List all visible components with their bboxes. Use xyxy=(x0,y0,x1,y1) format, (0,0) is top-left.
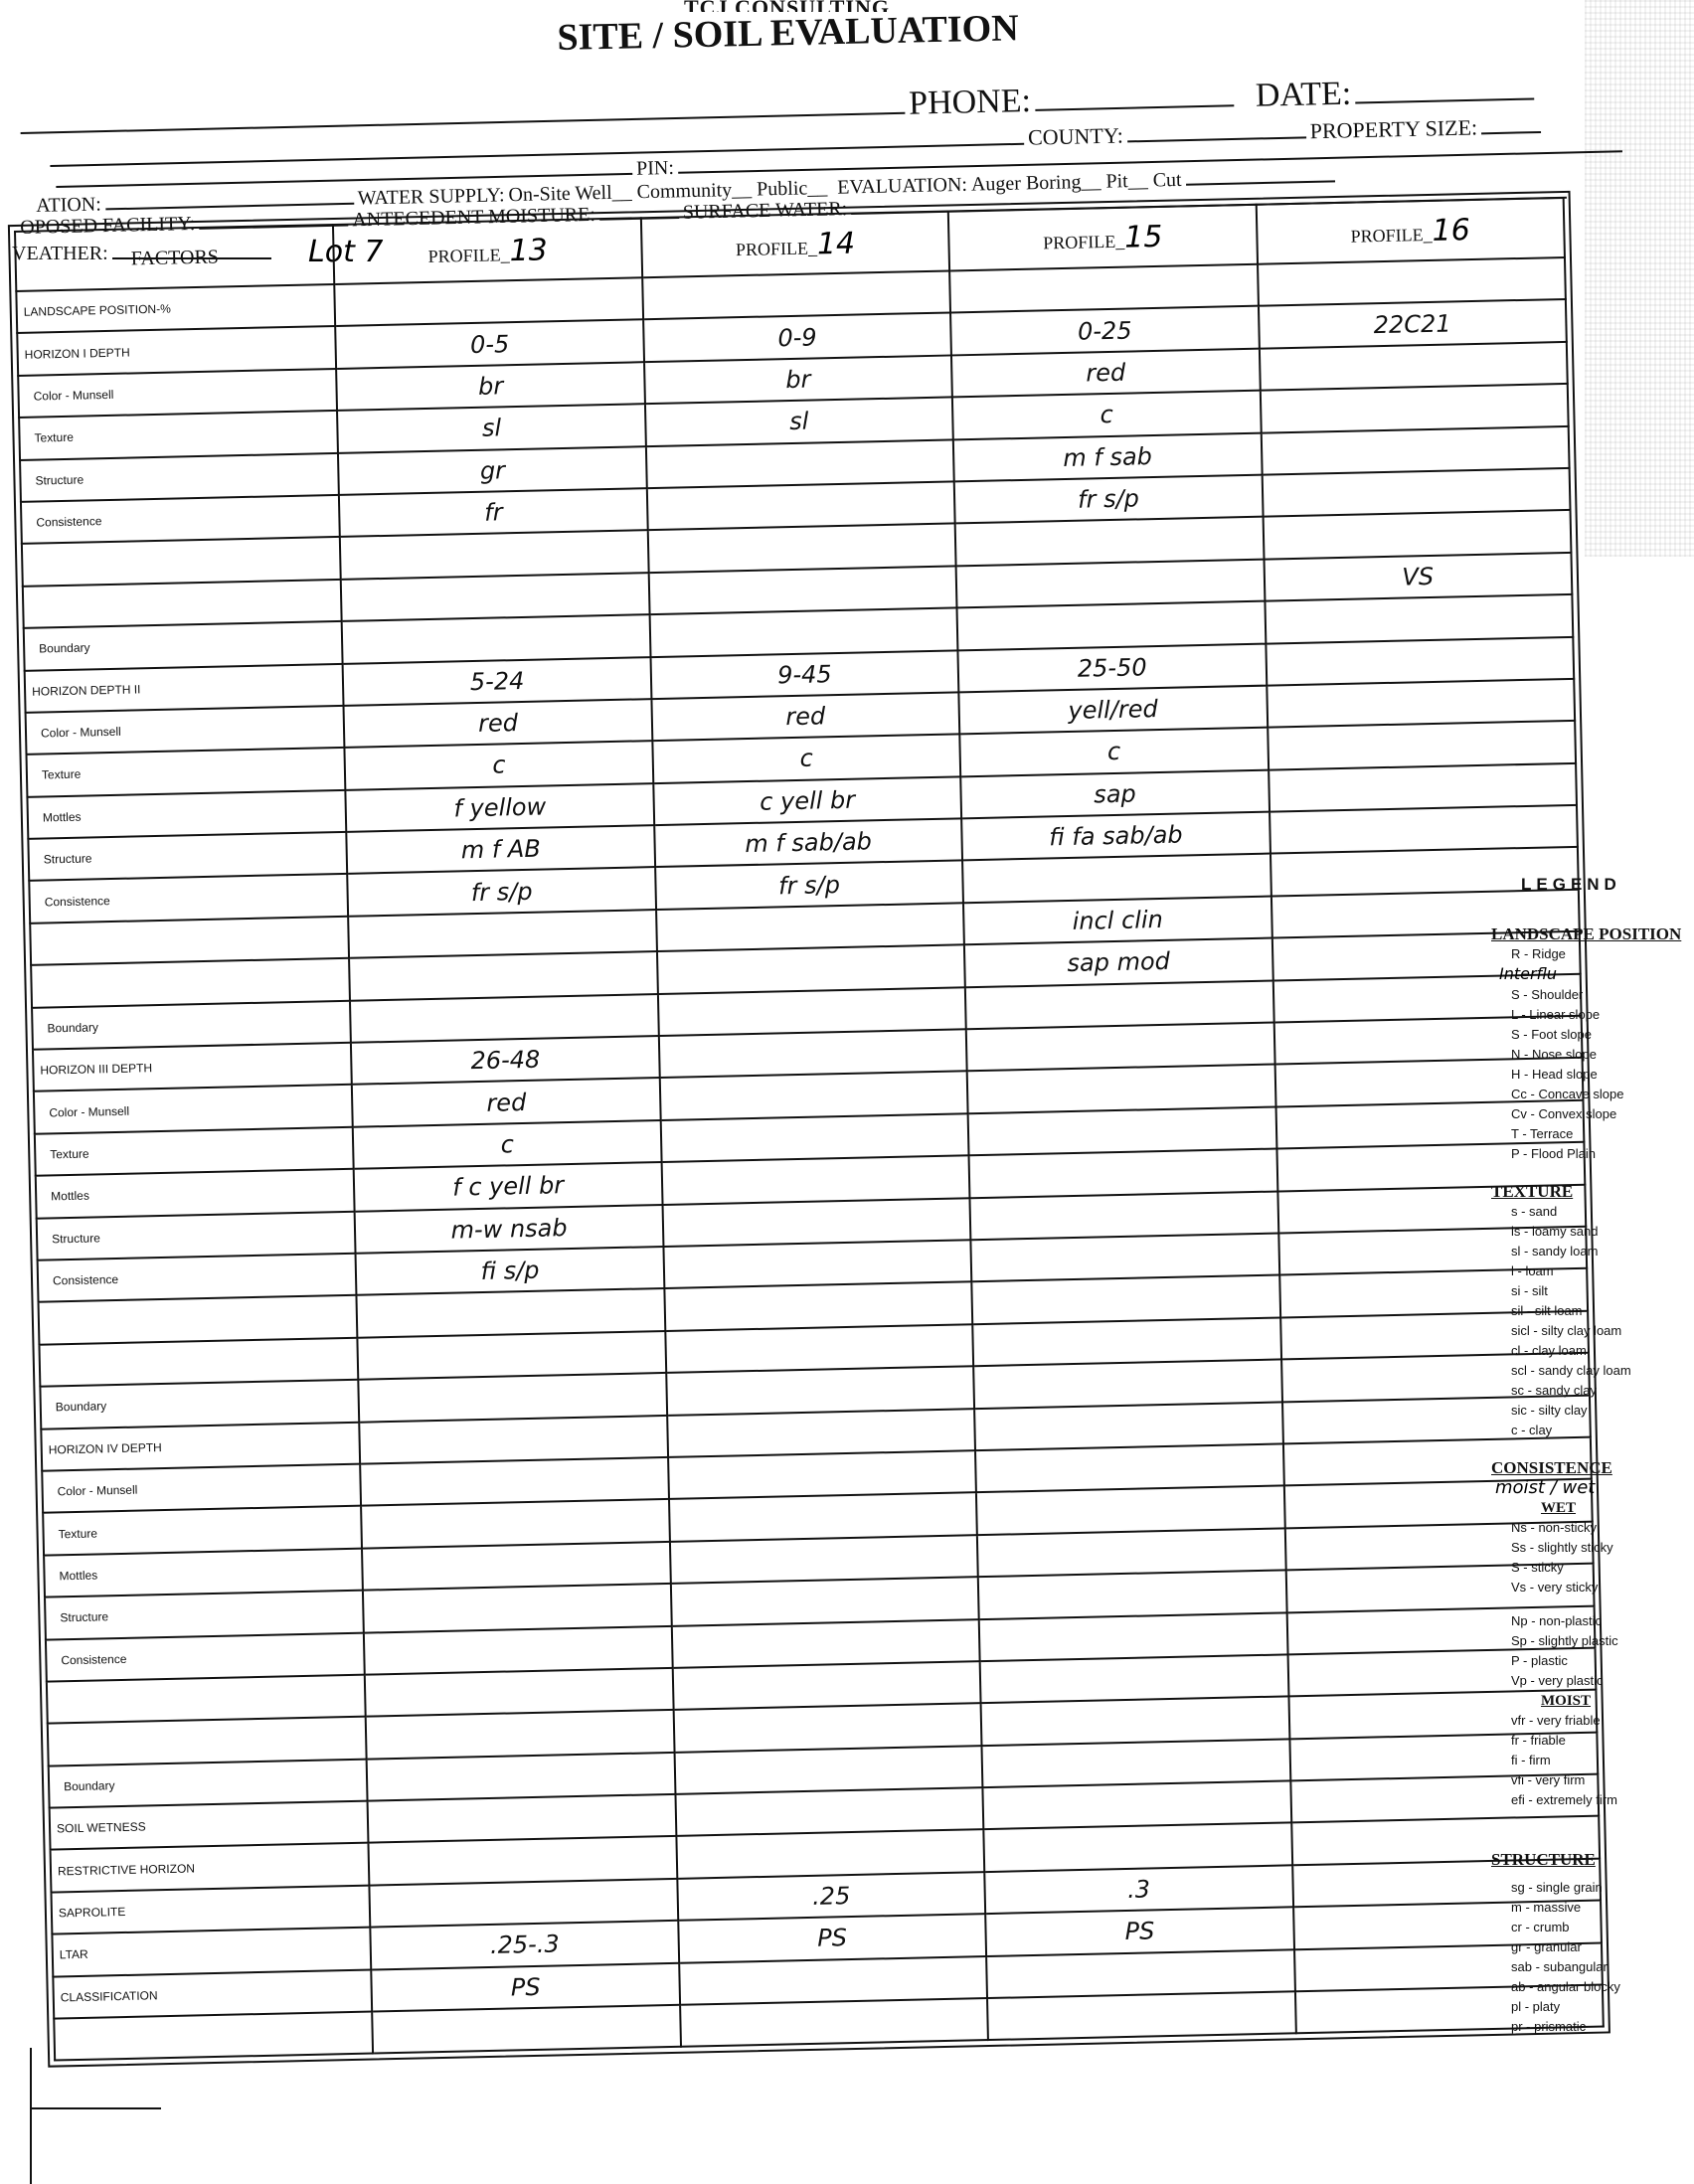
profile-cell[interactable] xyxy=(669,1493,977,1542)
factor-label: Structure xyxy=(20,452,339,501)
factor-label: LANDSCAPE POSITION-% xyxy=(16,284,335,333)
profile-cell[interactable]: c xyxy=(959,728,1268,776)
factor-label: Mottles xyxy=(27,790,346,839)
profile-cell[interactable] xyxy=(979,1612,1287,1661)
legend-item: efi - extremely firm xyxy=(1511,1790,1681,1810)
profile-cell[interactable] xyxy=(1260,384,1568,432)
profile-cell[interactable]: c xyxy=(345,741,653,789)
profile-cell[interactable] xyxy=(1258,257,1566,306)
legend-handwritten-note: Interflu xyxy=(1499,964,1557,983)
legend-moist-heading: MOIST xyxy=(1541,1691,1681,1711)
legend-item: cr - crumb xyxy=(1511,1918,1681,1937)
profile-cell[interactable] xyxy=(361,1457,669,1506)
profile-cell[interactable] xyxy=(656,903,964,951)
legend-item: ab - angular blocky xyxy=(1511,1977,1681,1997)
legend-consistence-heading: CONSISTENCE xyxy=(1491,1458,1681,1478)
profile-cell[interactable] xyxy=(949,264,1258,313)
profile-cell[interactable] xyxy=(662,1198,970,1247)
profile-cell[interactable] xyxy=(373,2005,681,2054)
date-label: DATE: xyxy=(1255,76,1351,114)
profile-cell[interactable] xyxy=(369,1836,677,1885)
profile-cell[interactable] xyxy=(1266,636,1574,685)
profile-cell[interactable]: red xyxy=(344,699,652,748)
legend-item: fr - friable xyxy=(1511,1731,1681,1751)
profile-cell[interactable] xyxy=(962,854,1270,903)
profile-cell[interactable] xyxy=(660,1113,968,1162)
profile-cell[interactable] xyxy=(647,524,955,573)
profile-cell[interactable] xyxy=(360,1415,668,1463)
legend-item: sl - sandy loam xyxy=(1511,1242,1681,1261)
profile-cell[interactable] xyxy=(675,1787,983,1836)
factor-label: Color - Munsell xyxy=(34,1085,353,1133)
legend-item: S - Foot slope xyxy=(1511,1025,1681,1045)
profile-cell[interactable] xyxy=(366,1710,674,1759)
factor-label: Consistence xyxy=(38,1254,357,1302)
factor-label: HORIZON IV DEPTH xyxy=(41,1422,360,1470)
profile-cell[interactable]: 22C21 xyxy=(1259,299,1567,348)
date-field[interactable] xyxy=(1355,96,1534,103)
legend-item: ls - loamy sand xyxy=(1511,1222,1681,1242)
profile-cell[interactable]: red xyxy=(651,692,959,741)
profile-cell[interactable] xyxy=(350,994,658,1043)
legend-item: sil - silt loam xyxy=(1511,1301,1681,1321)
profile-cell[interactable] xyxy=(672,1619,980,1668)
legend-consistence-handwritten: moist / wet xyxy=(1495,1478,1681,1498)
legend-item: sg - single grain xyxy=(1511,1878,1681,1898)
county-label: COUNTY: xyxy=(1028,123,1123,150)
factor-label: Texture xyxy=(43,1506,362,1555)
profile-cell[interactable] xyxy=(1261,425,1569,474)
profile-cell[interactable] xyxy=(664,1282,972,1331)
profile-cell[interactable] xyxy=(667,1409,975,1457)
factor-label: Structure xyxy=(45,1591,364,1639)
legend-item: P - plastic xyxy=(1511,1651,1681,1671)
profile-cell[interactable] xyxy=(663,1240,971,1288)
profile-cell[interactable] xyxy=(361,1499,669,1548)
profile-cell[interactable]: m f sab xyxy=(953,432,1262,481)
legend-item: Np - non-plastic xyxy=(1511,1611,1681,1631)
profile-cell[interactable]: red xyxy=(352,1078,660,1126)
legend-title: LEGEND xyxy=(1521,875,1681,895)
profile-cell[interactable] xyxy=(671,1577,979,1625)
legend-item: sic - silty clay xyxy=(1511,1401,1681,1421)
factor-label xyxy=(47,1675,366,1724)
profile-cell[interactable] xyxy=(987,1991,1295,2040)
factor-label: Color - Munsell xyxy=(26,706,345,755)
legend-landscape-heading: LANDSCAPE POSITION xyxy=(1491,924,1681,944)
profile-cell[interactable]: red xyxy=(951,348,1260,397)
profile-cell[interactable] xyxy=(971,1275,1279,1324)
legend-item: Vs - very sticky xyxy=(1511,1578,1681,1597)
factor-label: Consistence xyxy=(46,1632,365,1681)
profile-cell[interactable] xyxy=(349,951,657,1000)
factor-label: RESTRICTIVE HORIZON xyxy=(51,1843,370,1892)
legend-item: Cc - Concave slope xyxy=(1511,1085,1681,1104)
profile-cell[interactable]: PS xyxy=(678,1914,986,1962)
profile-cell[interactable] xyxy=(983,1780,1291,1829)
profile-cell[interactable]: 26-48 xyxy=(351,1036,659,1085)
factor-label xyxy=(48,1717,367,1765)
profile-header: PROFILE_16 xyxy=(1256,198,1565,264)
profile-cell[interactable] xyxy=(642,270,950,319)
profile-cell[interactable]: 0-5 xyxy=(336,320,644,369)
factor-label xyxy=(31,958,350,1007)
profile-cell[interactable]: yell/red xyxy=(959,686,1268,735)
profile-cell[interactable] xyxy=(673,1703,981,1752)
profile-cell[interactable]: sap xyxy=(960,769,1269,818)
profile-cell[interactable] xyxy=(674,1746,982,1794)
profile-cell[interactable] xyxy=(362,1542,670,1591)
factor-label: Boundary xyxy=(40,1380,359,1428)
evaluation-field[interactable] xyxy=(1186,179,1335,185)
county-field[interactable] xyxy=(1127,135,1306,142)
profile-cell[interactable] xyxy=(1269,763,1577,812)
legend-plastic-list: Np - non-plasticSp - slightly plasticP -… xyxy=(1491,1611,1681,1691)
legend-item: Vp - very plastic xyxy=(1511,1671,1681,1691)
factor-label: Structure xyxy=(28,832,347,881)
profile-cell[interactable]: sl xyxy=(337,404,645,452)
profile-cell[interactable]: fi fa sab/ab xyxy=(961,812,1270,861)
profile-cell[interactable] xyxy=(660,1072,968,1120)
profile-cell[interactable]: incl clin xyxy=(963,896,1271,944)
profile-cell[interactable] xyxy=(977,1528,1285,1577)
profile-cell[interactable] xyxy=(367,1753,675,1801)
profile-cell[interactable] xyxy=(679,1956,987,2005)
profile-cell[interactable]: c xyxy=(353,1120,661,1169)
factor-label: Texture xyxy=(35,1127,354,1176)
profile-cell[interactable] xyxy=(364,1625,672,1674)
profile-cell[interactable] xyxy=(966,1023,1274,1072)
legend-item: S - Shoulder xyxy=(1511,985,1681,1005)
property-size-field[interactable] xyxy=(1481,130,1541,134)
profile-cell[interactable]: sl xyxy=(645,398,953,446)
legend-item: gr - granular xyxy=(1511,1937,1681,1957)
profile-cell[interactable] xyxy=(676,1830,984,1879)
profile-cell[interactable] xyxy=(659,1029,967,1078)
legend-item: sc - sandy clay xyxy=(1511,1381,1681,1401)
profile-cell[interactable] xyxy=(970,1191,1278,1240)
profile-header: PROFILE_13 xyxy=(333,218,642,284)
factor-label xyxy=(39,1337,358,1386)
profile-cell[interactable] xyxy=(1267,679,1575,728)
pin-label: PIN: xyxy=(636,157,674,180)
profile-cell[interactable]: br xyxy=(336,362,644,411)
factor-label: HORIZON III DEPTH xyxy=(33,1043,352,1092)
profile-cell[interactable] xyxy=(359,1373,667,1422)
profile-cell[interactable] xyxy=(967,1065,1275,1113)
profile-cell[interactable]: f c yell br xyxy=(354,1162,662,1211)
legend-wet-heading: WET xyxy=(1541,1498,1681,1518)
profile-cell[interactable]: fr xyxy=(339,488,647,537)
legend-structure-heading: STRUCTURE xyxy=(1491,1850,1681,1870)
profile-cell[interactable] xyxy=(1263,510,1571,559)
profile-cell[interactable] xyxy=(340,531,648,580)
profile-cell[interactable] xyxy=(680,1998,988,2047)
profile-cell[interactable] xyxy=(965,980,1273,1029)
factor-label: CLASSIFICATION xyxy=(53,1969,372,2018)
profile-cell[interactable] xyxy=(972,1317,1280,1366)
factor-label: Structure xyxy=(37,1211,356,1260)
legend-item: vfi - very firm xyxy=(1511,1770,1681,1790)
factor-label: SAPROLITE xyxy=(51,1885,370,1933)
factor-label: Mottles xyxy=(36,1169,355,1218)
phone-field[interactable] xyxy=(1035,103,1234,111)
profile-cell[interactable]: br xyxy=(644,355,952,404)
profile-cell[interactable] xyxy=(968,1106,1276,1155)
profile-cell[interactable] xyxy=(983,1823,1291,1872)
profile-cell[interactable]: m f sab/ab xyxy=(654,818,962,867)
soil-evaluation-table: FACTORS PROFILE_13 PROFILE_14 PROFILE_15… xyxy=(14,197,1607,2149)
factor-label: Texture xyxy=(27,748,346,796)
profile-cell[interactable] xyxy=(657,945,965,994)
profile-cell[interactable]: .25 xyxy=(677,1872,985,1921)
factor-label: Texture xyxy=(19,411,338,459)
legend-item: L - Linear slope xyxy=(1511,1005,1681,1025)
legend-item: T - Terrace xyxy=(1511,1124,1681,1144)
profile-cell[interactable] xyxy=(647,481,955,530)
profile-cell[interactable]: m-w nsab xyxy=(355,1205,663,1254)
legend-texture-list: s - sandls - loamy sandsl - sandy loaml … xyxy=(1491,1202,1681,1440)
profile-cell[interactable] xyxy=(973,1360,1281,1409)
profile-cell[interactable] xyxy=(661,1155,969,1204)
profile-cell[interactable] xyxy=(974,1402,1282,1450)
legend-item: sab - subangular xyxy=(1511,1957,1681,1977)
legend-item: R - Ridge xyxy=(1511,944,1681,964)
profile-cell[interactable] xyxy=(648,566,956,614)
factor-label: HORIZON DEPTH II xyxy=(25,663,344,712)
profile-cell[interactable] xyxy=(982,1739,1290,1787)
profile-cell[interactable] xyxy=(670,1535,978,1584)
profile-cell[interactable] xyxy=(665,1324,973,1373)
factor-label: SOIL WETNESS xyxy=(50,1801,369,1850)
profile-cell[interactable]: PS xyxy=(985,1908,1293,1956)
factor-label: Boundary xyxy=(32,1000,351,1049)
profile-cell[interactable]: f yellow xyxy=(346,783,654,832)
profile-cell[interactable] xyxy=(1259,342,1567,391)
profile-header: PROFILE_15 xyxy=(948,205,1258,271)
factor-label: Consistence xyxy=(21,495,340,544)
profile-cell[interactable] xyxy=(342,614,650,663)
legend-item: N - Nose slope xyxy=(1511,1045,1681,1065)
profile-cell[interactable] xyxy=(370,1879,678,1928)
profile-cell[interactable]: 5-24 xyxy=(343,657,651,706)
profile-cell[interactable]: fr s/p xyxy=(655,861,963,910)
legend-item: l - loam xyxy=(1511,1261,1681,1281)
location-label: ATION: xyxy=(36,194,101,217)
profile-cell[interactable]: c xyxy=(952,391,1261,439)
profile-cell[interactable] xyxy=(666,1366,974,1415)
profile-cell[interactable]: VS xyxy=(1264,553,1572,601)
legend-item: c - clay xyxy=(1511,1421,1681,1440)
legend-item: H - Head slope xyxy=(1511,1065,1681,1085)
profile-cell[interactable]: .25-.3 xyxy=(371,1921,679,1969)
factor-label xyxy=(30,917,349,965)
factor-label: Consistence xyxy=(29,874,348,923)
page-title: SITE / SOIL EVALUATION xyxy=(557,6,1019,60)
profile-cell[interactable] xyxy=(668,1450,976,1499)
legend-item: S - sticky xyxy=(1511,1558,1681,1578)
profile-cell[interactable]: fr s/p xyxy=(954,475,1263,524)
factor-label: Mottles xyxy=(44,1548,363,1596)
profile-cell[interactable] xyxy=(1270,805,1578,854)
legend-item: P - Flood Plain xyxy=(1511,1144,1681,1164)
profile-cell[interactable] xyxy=(955,517,1264,566)
factor-label: Boundary xyxy=(24,621,343,670)
profile-cell[interactable] xyxy=(975,1443,1283,1492)
profile-cell[interactable] xyxy=(980,1654,1288,1703)
profile-cell[interactable]: 0-25 xyxy=(950,306,1259,355)
legend-item: vfr - very friable xyxy=(1511,1711,1681,1731)
legend-item: Cv - Convex slope xyxy=(1511,1104,1681,1124)
legend-item: Sp - slightly plastic xyxy=(1511,1631,1681,1651)
legend-item: cl - clay loam xyxy=(1511,1341,1681,1361)
profile-cell[interactable]: 9-45 xyxy=(650,650,958,699)
profile-cell[interactable] xyxy=(976,1486,1284,1535)
profile-cell[interactable]: m f AB xyxy=(347,825,655,874)
legend-item: si - silt xyxy=(1511,1281,1681,1301)
page-fold-corner xyxy=(30,2048,171,2184)
legend-item: Ss - slightly sticky xyxy=(1511,1538,1681,1558)
profile-cell[interactable] xyxy=(957,601,1266,650)
profile-cell[interactable]: c xyxy=(652,735,960,783)
legend-item: fi - firm xyxy=(1511,1751,1681,1770)
legend-moist-list: vfr - very friablefr - friablefi - firmv… xyxy=(1491,1711,1681,1810)
profile-cell[interactable]: c yell br xyxy=(653,776,961,825)
factor-label: Boundary xyxy=(49,1759,368,1807)
factors-header: FACTORS xyxy=(15,225,335,291)
profile-cell[interactable] xyxy=(672,1661,980,1710)
phone-label: PHONE: xyxy=(909,83,1032,122)
scan-speckle xyxy=(1585,0,1694,557)
profile-cell[interactable] xyxy=(1262,468,1570,517)
profile-cell[interactable] xyxy=(986,1949,1294,1998)
profile-cell[interactable]: gr xyxy=(338,446,646,495)
profile-cell[interactable] xyxy=(1265,594,1573,643)
profile-cell[interactable]: sap mod xyxy=(964,938,1272,987)
profile-cell[interactable] xyxy=(1268,721,1576,769)
legend-item: pl - platy xyxy=(1511,1997,1681,2017)
legend-item: pr - prismatic xyxy=(1511,2017,1681,2037)
profile-cell[interactable]: 25-50 xyxy=(958,643,1267,692)
factor-label: LTAR xyxy=(52,1928,371,1976)
profile-cell[interactable]: PS xyxy=(372,1962,680,2011)
profile-cell[interactable]: .3 xyxy=(984,1865,1292,1914)
location-field[interactable] xyxy=(105,202,354,211)
legend-texture-heading: TEXTURE xyxy=(1491,1182,1681,1202)
legend-item: m - massive xyxy=(1511,1898,1681,1918)
legend: LEGEND LANDSCAPE POSITION R - RidgeInter… xyxy=(1491,875,1681,2037)
profile-cell[interactable] xyxy=(341,573,649,621)
legend-item: Ns - non-sticky xyxy=(1511,1518,1681,1538)
profile-cell[interactable]: fi s/p xyxy=(356,1247,664,1295)
profile-cell[interactable] xyxy=(349,910,657,958)
profile-cell[interactable] xyxy=(368,1794,676,1843)
profile-cell[interactable] xyxy=(335,277,643,326)
legend-item: s - sand xyxy=(1511,1202,1681,1222)
profile-cell[interactable]: 0-9 xyxy=(643,313,951,362)
factor-label xyxy=(39,1295,358,1344)
factor-label xyxy=(23,580,342,628)
profile-cell[interactable] xyxy=(969,1149,1277,1198)
profile-cell[interactable] xyxy=(357,1288,665,1337)
factor-label xyxy=(22,537,341,586)
profile-cell[interactable] xyxy=(971,1233,1279,1281)
profile-cell[interactable] xyxy=(978,1571,1286,1619)
profile-header: PROFILE_14 xyxy=(641,211,950,277)
profile-cell[interactable] xyxy=(646,439,954,488)
legend-structure-list: sg - single grainm - massivecr - crumbgr… xyxy=(1491,1878,1681,2037)
profile-cell[interactable] xyxy=(358,1331,666,1380)
legend-item: scl - sandy clay loam xyxy=(1511,1361,1681,1381)
profile-cell[interactable] xyxy=(365,1668,673,1717)
profile-cell[interactable] xyxy=(956,559,1265,607)
factor-label: Color - Munsell xyxy=(42,1464,361,1513)
factor-label: HORIZON I DEPTH xyxy=(17,326,336,375)
legend-wet-list: Ns - non-stickySs - slightly stickyS - s… xyxy=(1491,1518,1681,1597)
profile-cell[interactable]: fr s/p xyxy=(348,868,656,917)
profile-cell[interactable] xyxy=(981,1697,1289,1746)
profile-cell[interactable] xyxy=(363,1584,671,1632)
profile-cell[interactable] xyxy=(649,608,957,657)
legend-landscape-list: R - RidgeInterfluS - ShoulderL - Linear … xyxy=(1491,944,1681,1164)
legend-item: sicl - silty clay loam xyxy=(1511,1321,1681,1341)
profile-cell[interactable] xyxy=(658,987,966,1036)
factor-label: Color - Munsell xyxy=(18,369,337,418)
